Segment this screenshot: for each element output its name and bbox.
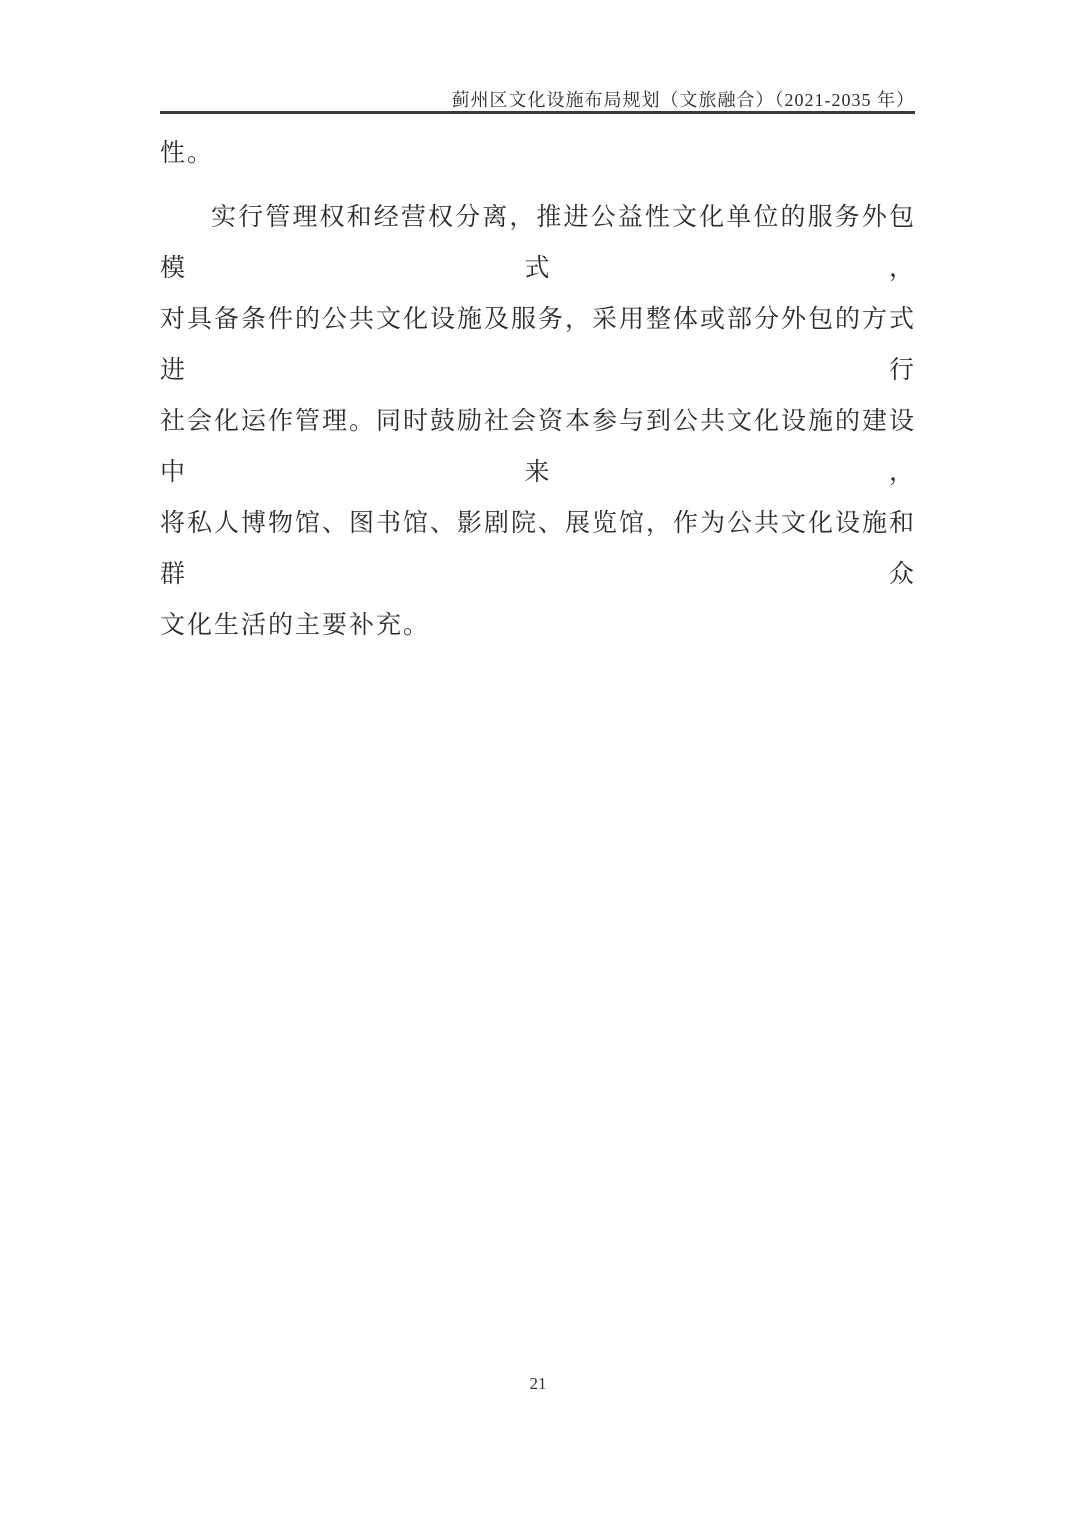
paragraph-line: 对具备条件的公共文化设施及服务，采用整体或部分外包的方式进行 [160, 294, 916, 396]
paragraph-line: 社会化运作管理。同时鼓励社会资本参与到公共文化设施的建设中来， [160, 396, 916, 498]
header-rule-divider [160, 111, 915, 114]
page-number: 21 [160, 1374, 916, 1394]
paragraph-line: 文化生活的主要补充。 [160, 600, 916, 651]
page-header-title: 蓟州区文化设施布局规划（文旅融合）（2021-2035 年） [160, 86, 915, 112]
paragraph-line: 实行管理权和经营权分离，推进公益性文化单位的服务外包模式， [160, 192, 916, 294]
body-paragraph: 实行管理权和经营权分离，推进公益性文化单位的服务外包模式， 对具备条件的公共文化… [160, 192, 916, 651]
paragraph-line: 将私人博物馆、图书馆、影剧院、展览馆，作为公共文化设施和群众 [160, 498, 916, 600]
body-orphan-line: 性。 [160, 128, 916, 179]
document-page: 蓟州区文化设施布局规划（文旅融合）（2021-2035 年） 性。 实行管理权和… [0, 0, 1074, 1520]
